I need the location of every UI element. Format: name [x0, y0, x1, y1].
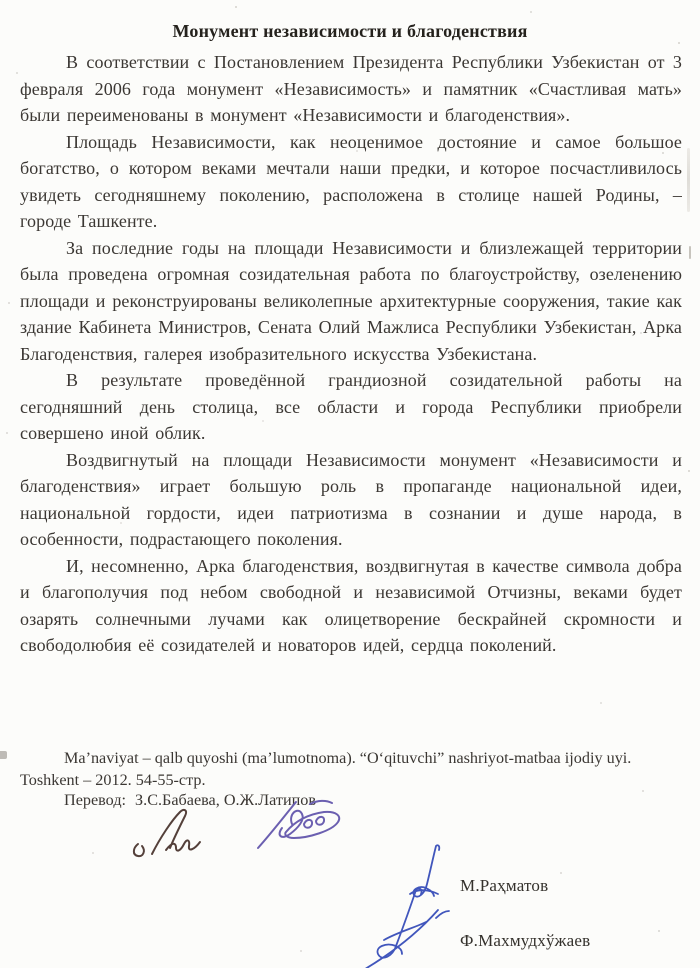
paragraph: В результате проведённой грандиозной соз…	[20, 367, 682, 447]
signature-mahmudhujaev	[350, 888, 460, 968]
translation-credit: Перевод:З.С.Бабаева, О.Ж.Латипов	[20, 791, 682, 810]
translation-label: Перевод:	[64, 791, 126, 809]
paragraph: Площадь Независимости, как неоценимое до…	[20, 129, 682, 235]
scan-edge-dash	[689, 246, 691, 259]
scan-noise-specks	[0, 0, 2, 2]
paragraph: И, несомненно, Арка благоденствия, воздв…	[20, 553, 682, 659]
document-body: В соответствии с Постановлением Президен…	[20, 49, 682, 659]
signatory-name-rahmatov: М.Раҳматов	[460, 876, 548, 896]
paragraph: За последние годы на площади Независимос…	[20, 235, 682, 368]
source-citation-line1: Ma’naviyat – qalb quyoshi (ma’lumotnoma)…	[20, 747, 682, 769]
scanned-document-page: Монумент независимости и благоденствия В…	[0, 0, 700, 968]
scan-left-smudge	[0, 751, 7, 759]
source-citation: Ma’naviyat – qalb quyoshi (ma’lumotnoma)…	[20, 747, 682, 791]
paragraph: В соответствии с Постановлением Президен…	[20, 49, 682, 129]
source-citation-line2: Toshkent – 2012. 54-55-стр.	[20, 769, 682, 791]
signatory-name-mahmudhujaev: Ф.Махмудхўжаев	[460, 931, 590, 951]
translator-names: З.С.Бабаева, О.Ж.Латипов	[135, 791, 316, 809]
scan-edge-streak	[687, 148, 690, 212]
paragraph: Воздвигнутый на площади Независимости мо…	[20, 447, 682, 553]
document-title: Монумент независимости и благоденствия	[0, 21, 700, 42]
signature-translator-1	[130, 804, 225, 860]
signature-rahmatov	[406, 844, 456, 906]
